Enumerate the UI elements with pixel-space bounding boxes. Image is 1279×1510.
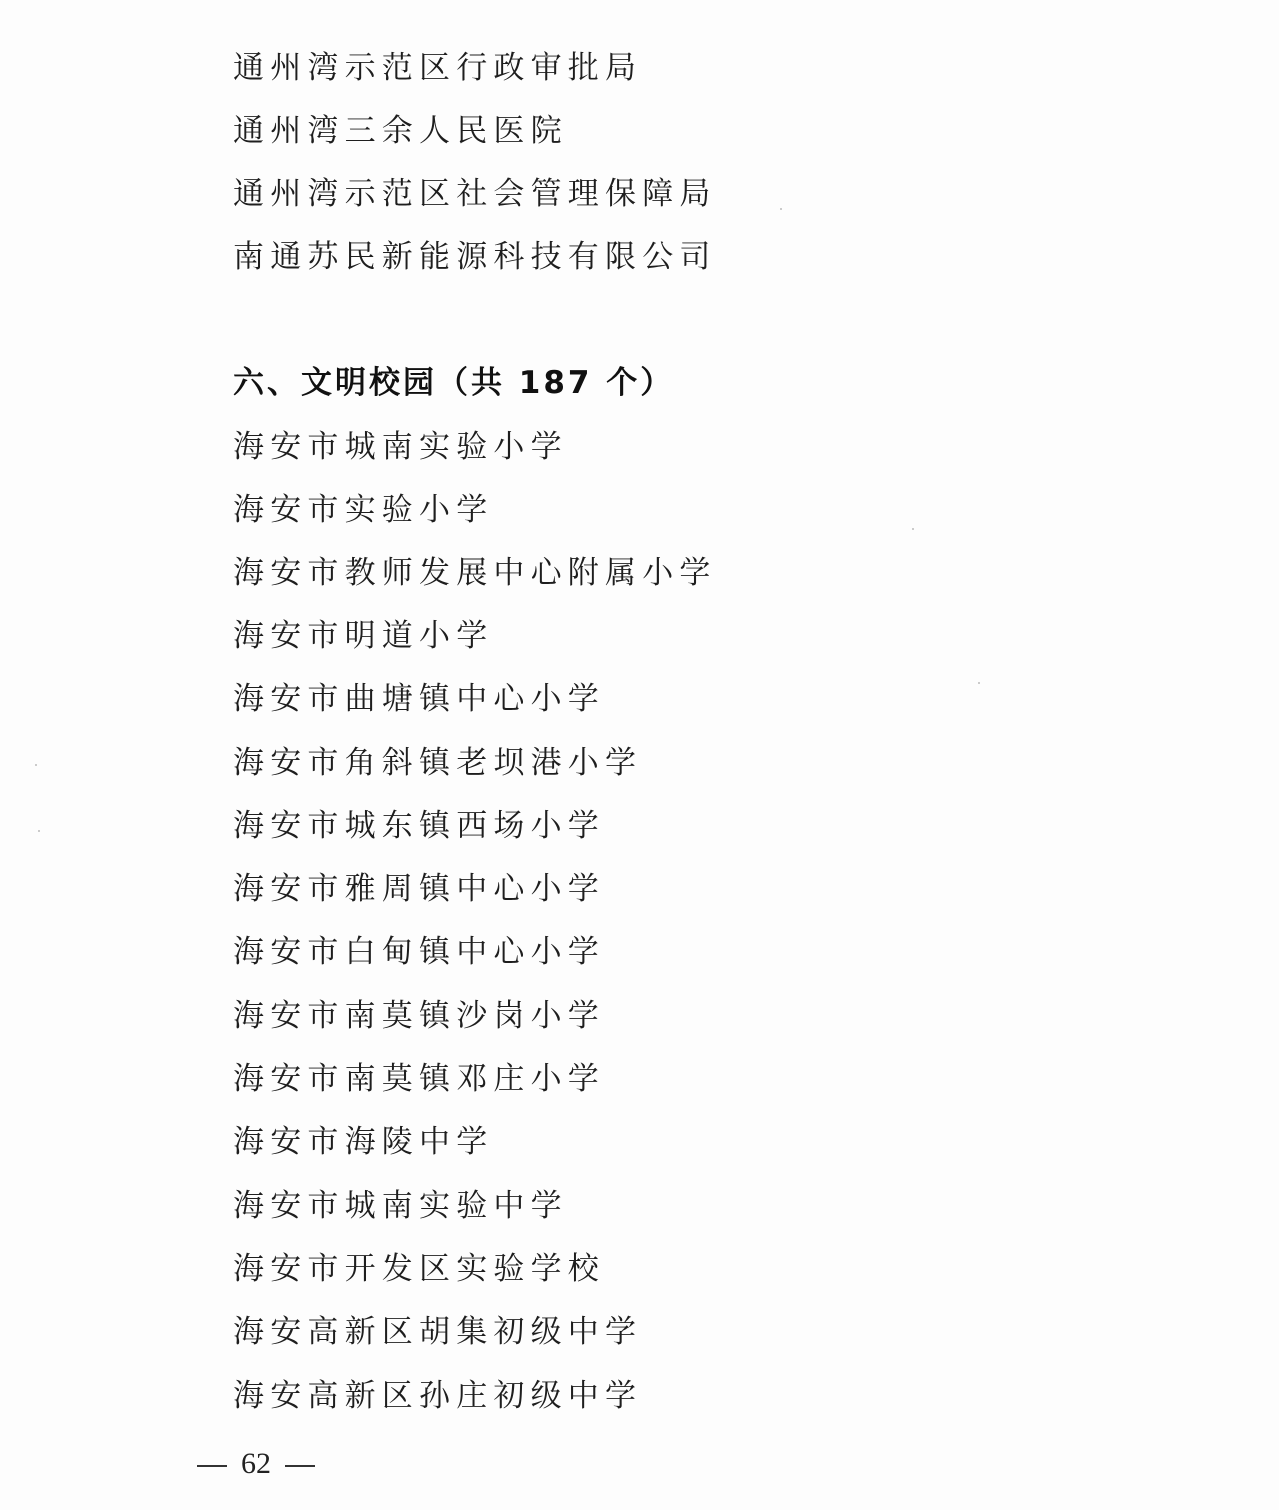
list-item: 海安高新区胡集初级中学	[233, 1310, 642, 1354]
page-number-value: 62	[241, 1446, 271, 1482]
scan-speck	[978, 682, 980, 684]
list-item: 海安市南莫镇沙岗小学	[233, 994, 605, 1038]
list-item: 海安市城南实验中学	[233, 1184, 568, 1228]
list-item: 通州湾示范区社会管理保障局	[233, 172, 717, 216]
list-item: 海安市明道小学	[233, 614, 493, 658]
scan-speck	[35, 764, 37, 766]
scan-speck	[780, 208, 782, 210]
list-item: 通州湾示范区行政审批局	[233, 46, 642, 90]
list-item: 海安市曲塘镇中心小学	[233, 677, 605, 721]
list-item: 通州湾三余人民医院	[233, 109, 568, 153]
list-item: 海安市城南实验小学	[233, 425, 568, 469]
list-item: 海安市南莫镇邓庄小学	[233, 1057, 605, 1101]
list-item: 海安高新区孙庄初级中学	[233, 1374, 642, 1418]
list-item: 海安市角斜镇老坝港小学	[233, 741, 642, 785]
list-item: 海安市雅周镇中心小学	[233, 867, 605, 911]
list-item: 海安市城东镇西场小学	[233, 804, 605, 848]
list-item: 海安市实验小学	[233, 488, 493, 532]
dash-right	[285, 1465, 315, 1467]
scan-speck	[912, 528, 914, 530]
page-number: 62	[197, 1446, 315, 1482]
list-item: 海安市开发区实验学校	[233, 1247, 605, 1291]
list-item: 海安市海陵中学	[233, 1120, 493, 1164]
list-item: 南通苏民新能源科技有限公司	[233, 235, 717, 279]
scan-speck	[38, 830, 40, 832]
dash-left	[197, 1465, 227, 1467]
section-heading: 六、文明校园（共 187 个）	[233, 361, 674, 405]
document-page: 通州湾示范区行政审批局 通州湾三余人民医院 通州湾示范区社会管理保障局 南通苏民…	[0, 0, 1279, 1510]
list-item: 海安市白甸镇中心小学	[233, 930, 605, 974]
list-item: 海安市教师发展中心附属小学	[233, 551, 717, 595]
